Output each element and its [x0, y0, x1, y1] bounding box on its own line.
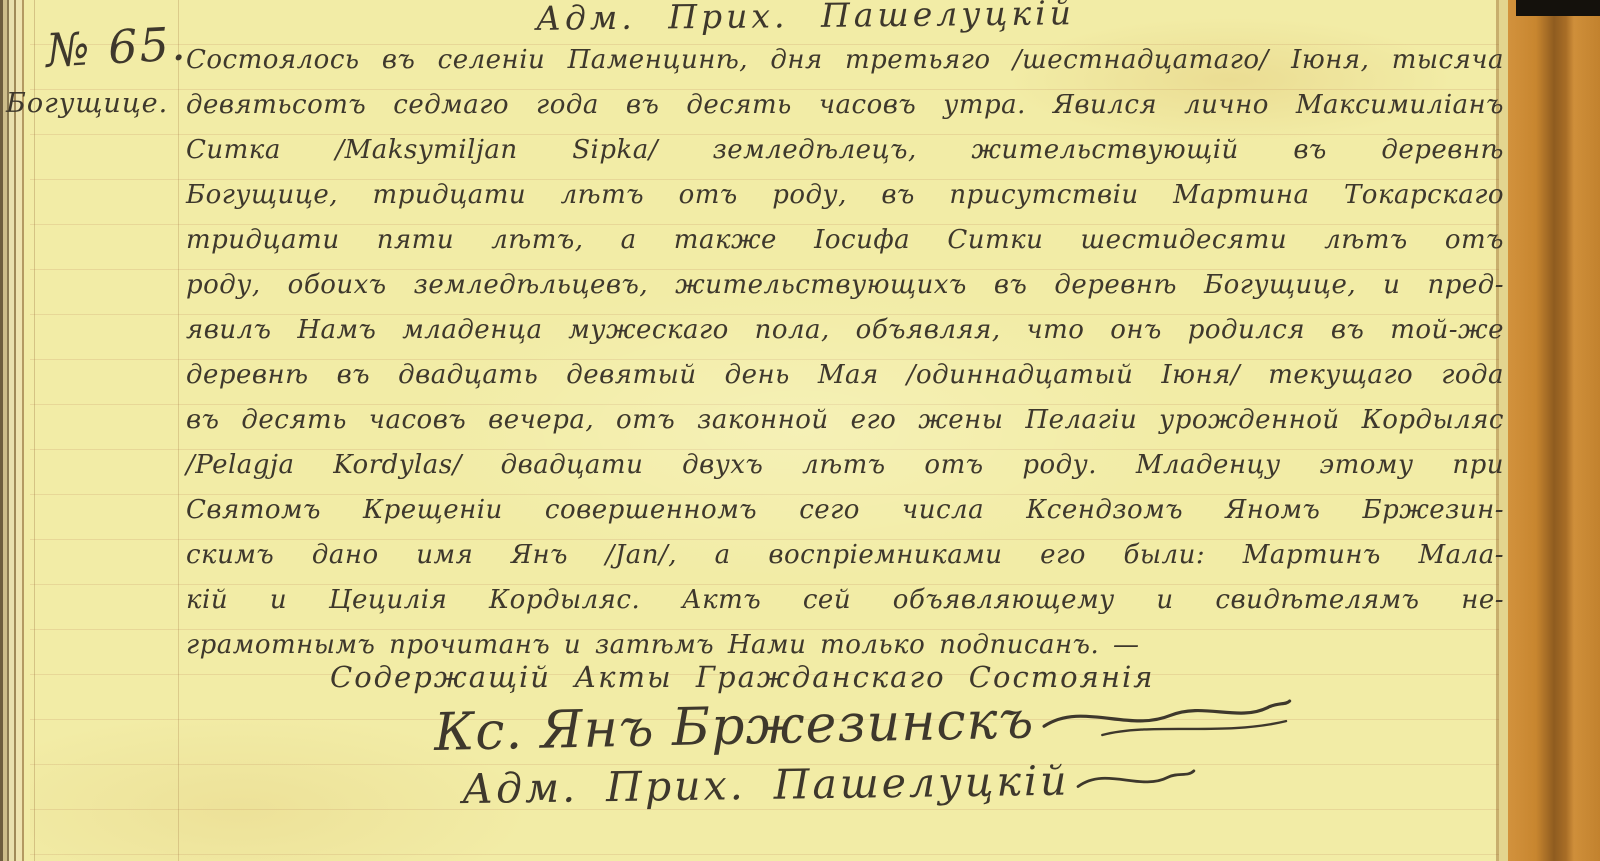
record-line: въ десять часовъ вечера, отъ законной ег… [186, 398, 1504, 443]
administrator-signature-text: Адм. Прих. Пашелуцкій [462, 757, 1070, 813]
record-line: девятьсотъ седмаго года въ десять часовъ… [186, 83, 1504, 128]
header-annotation: Адм. Прих. Пашелуцкій [536, 0, 1075, 38]
record-line: роду, обоихъ земледѣльцевъ, жительствующ… [186, 263, 1504, 308]
record-line: деревнѣ въ двадцать девятый день Мая /од… [186, 353, 1504, 398]
document-scan: Адм. Прих. Пашелуцкій № 65. Богущице. Со… [0, 0, 1600, 861]
record-line: скимъ дано имя Янъ /Jan/, а воспріемника… [186, 533, 1504, 578]
priest-signature: Кс. Янъ Бржезинскъ [433, 685, 1292, 763]
record-line: Ситка /Maksymiljan Sipka/ земледѣлецъ, ж… [186, 128, 1504, 173]
administrator-signature: Адм. Прих. Пашелуцкій [462, 755, 1196, 813]
record-number: № 65. [45, 16, 189, 77]
record-line: /Pelagja Kordylas/ двадцати двухъ лѣтъ о… [186, 443, 1504, 488]
record-body: Состоялось въ селеніи Паменцинѣ, дня тре… [186, 38, 1504, 668]
right-page-edge [1496, 0, 1600, 861]
record-line: Богущице, тридцати лѣтъ отъ роду, въ при… [186, 173, 1504, 218]
binding-crease-line [34, 0, 35, 861]
margin-crease-line [178, 0, 179, 861]
signature-flourish-icon [1042, 691, 1293, 744]
signature-flourish-icon [1075, 759, 1196, 801]
left-binding-edge [0, 0, 30, 861]
record-line: Святомъ Крещеніи совершенномъ сего числа… [186, 488, 1504, 533]
record-line: кій и Цецилія Кордыляс. Актъ сей объявля… [186, 578, 1504, 623]
record-line: явилъ Намъ младенца мужескаго пола, объя… [186, 308, 1504, 353]
top-right-shadow [1516, 0, 1600, 16]
closing-title: Содержащій Акты Гражданскаго Состоянія [330, 660, 1154, 694]
priest-signature-text: Кс. Янъ Бржезинскъ [433, 690, 1034, 763]
margin-place-name: Богущице. [6, 88, 168, 119]
record-line: тридцати пяти лѣтъ, а также Іосифа Ситки… [186, 218, 1504, 263]
record-line: Состоялось въ селеніи Паменцинѣ, дня тре… [186, 38, 1504, 83]
